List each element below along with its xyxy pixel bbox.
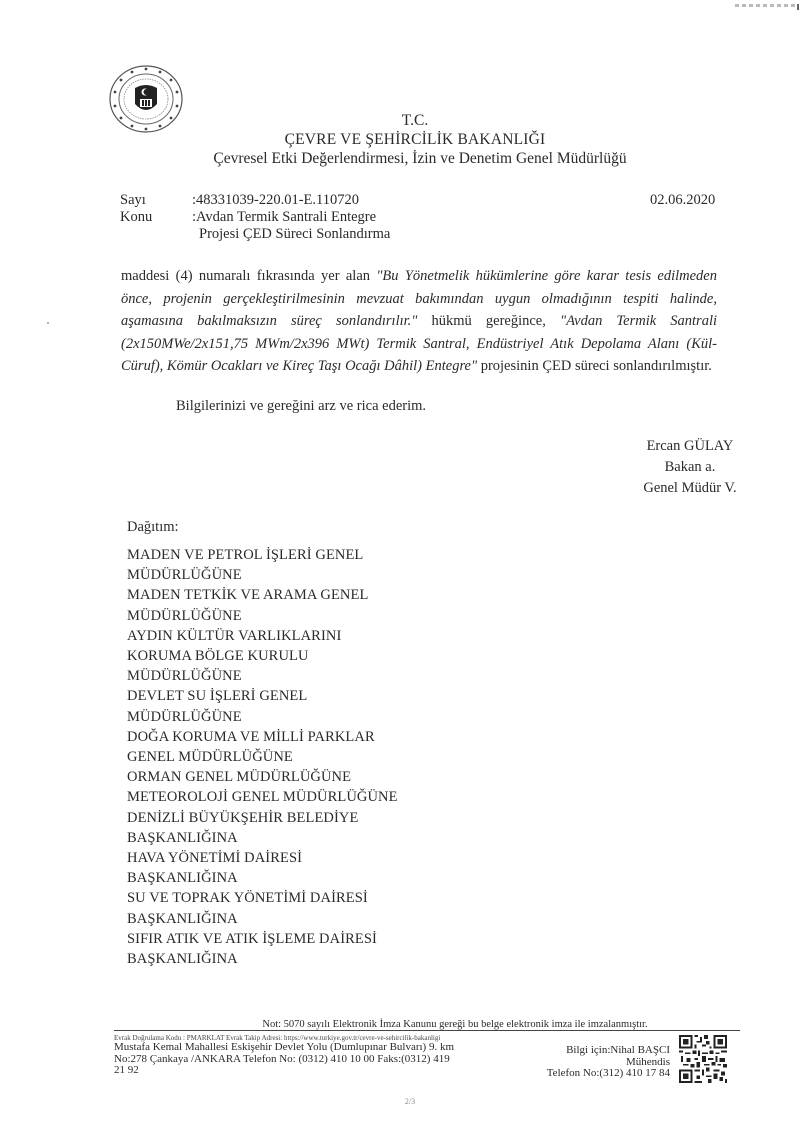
document-date: 02.06.2020 [650,192,715,209]
body-paragraph: maddesi (4) numaralı fıkrasında yer alan… [121,265,717,378]
distribution-line: BAŞKANLIĞINA [127,909,398,929]
contact-phone: Telefon No:(312) 410 17 84 [520,1068,670,1080]
distribution-line: SU VE TOPRAK YÖNETİMİ DAİRESİ [127,888,398,908]
document-meta: Sayı :48331039-220.01-E.110720 Konu :Avd… [120,192,390,243]
address-line1: Mustafa Kemal Mahallesi Eskişehir Devlet… [114,1042,464,1054]
distribution-line: KORUMA BÖLGE KURULU [127,646,398,666]
scan-mark [735,4,797,7]
distribution-line: DOĞA KORUMA VE MİLLİ PARKLAR [127,727,398,747]
konu-value-line1: :Avdan Termik Santrali Entegre [192,209,376,226]
konu-value-line2: Projesi ÇED Süreci Sonlandırma [120,226,390,243]
distribution-line: SIFIR ATIK VE ATIK İŞLEME DAİRESİ [127,929,398,949]
contact-person: Bilgi için:Nihal BAŞCI [520,1045,670,1057]
contact-info: Bilgi için:Nihal BAŞCI Mühendis Telefon … [520,1045,670,1080]
address-line2: No:278 Çankaya /ANKARA Telefon No: (0312… [114,1054,464,1066]
department-name: Çevresel Etki Değerlendirmesi, İzin ve D… [0,149,800,168]
ministry-address: Mustafa Kemal Mahallesi Eskişehir Devlet… [114,1042,464,1077]
distribution-line: MADEN TETKİK VE ARAMA GENEL [127,585,398,605]
distribution-line: MÜDÜRLÜĞÜNE [127,707,398,727]
signer-authority: Bakan a. [590,457,790,478]
distribution-line: HAVA YÖNETİMİ DAİRESİ [127,848,398,868]
konu-label: Konu [120,209,192,226]
distribution-line: MÜDÜRLÜĞÜNE [127,565,398,585]
closing-sentence: Bilgilerinizi ve gereğini arz ve rica ed… [176,398,426,415]
distribution-line: MÜDÜRLÜĞÜNE [127,666,398,686]
distribution-line: ORMAN GENEL MÜDÜRLÜĞÜNE [127,767,398,787]
tc-heading: T.C. [0,111,800,130]
letterhead: T.C. ÇEVRE VE ŞEHİRCİLİK BAKANLIĞI Çevre… [0,111,800,168]
sayi-label: Sayı [120,192,192,209]
distribution-line: MÜDÜRLÜĞÜNE [127,606,398,626]
body-text-b: hükmü gereğince, [417,313,560,329]
body-text-a: maddesi (4) numaralı fıkrasında yer alan [121,268,376,284]
distribution-line: DENİZLİ BÜYÜKŞEHİR BELEDİYE [127,808,398,828]
distribution-line: BAŞKANLIĞINA [127,868,398,888]
body-text-c: projesinin ÇED süreci sonlandırılmıştır. [477,358,712,374]
distribution-title: Dağıtım: [127,519,179,536]
e-signature-note: Not: 5070 sayılı Elektronik İmza Kanunu … [0,1019,800,1030]
qr-code-icon [679,1035,727,1083]
page-number: 2/3 [0,1097,800,1106]
distribution-list: MADEN VE PETROL İŞLERİ GENEL MÜDÜRLÜĞÜNE… [127,545,398,969]
address-line3: 21 92 [114,1065,464,1077]
distribution-line: BAŞKANLIĞINA [127,949,398,969]
signer-title: Genel Müdür V. [590,478,790,499]
margin-dot [47,322,49,324]
distribution-line: DEVLET SU İŞLERİ GENEL [127,686,398,706]
sayi-value: :48331039-220.01-E.110720 [192,192,359,209]
ministry-name: ÇEVRE VE ŞEHİRCİLİK BAKANLIĞI [0,130,800,149]
distribution-line: BAŞKANLIĞINA [127,828,398,848]
footer-divider [114,1030,740,1031]
signature-block: Ercan GÜLAY Bakan a. Genel Müdür V. [560,436,790,499]
signer-name: Ercan GÜLAY [590,436,790,457]
distribution-line: MADEN VE PETROL İŞLERİ GENEL [127,545,398,565]
distribution-line: GENEL MÜDÜRLÜĞÜNE [127,747,398,767]
distribution-line: AYDIN KÜLTÜR VARLIKLARINI [127,626,398,646]
distribution-line: METEOROLOJİ GENEL MÜDÜRLÜĞÜNE [127,787,398,807]
